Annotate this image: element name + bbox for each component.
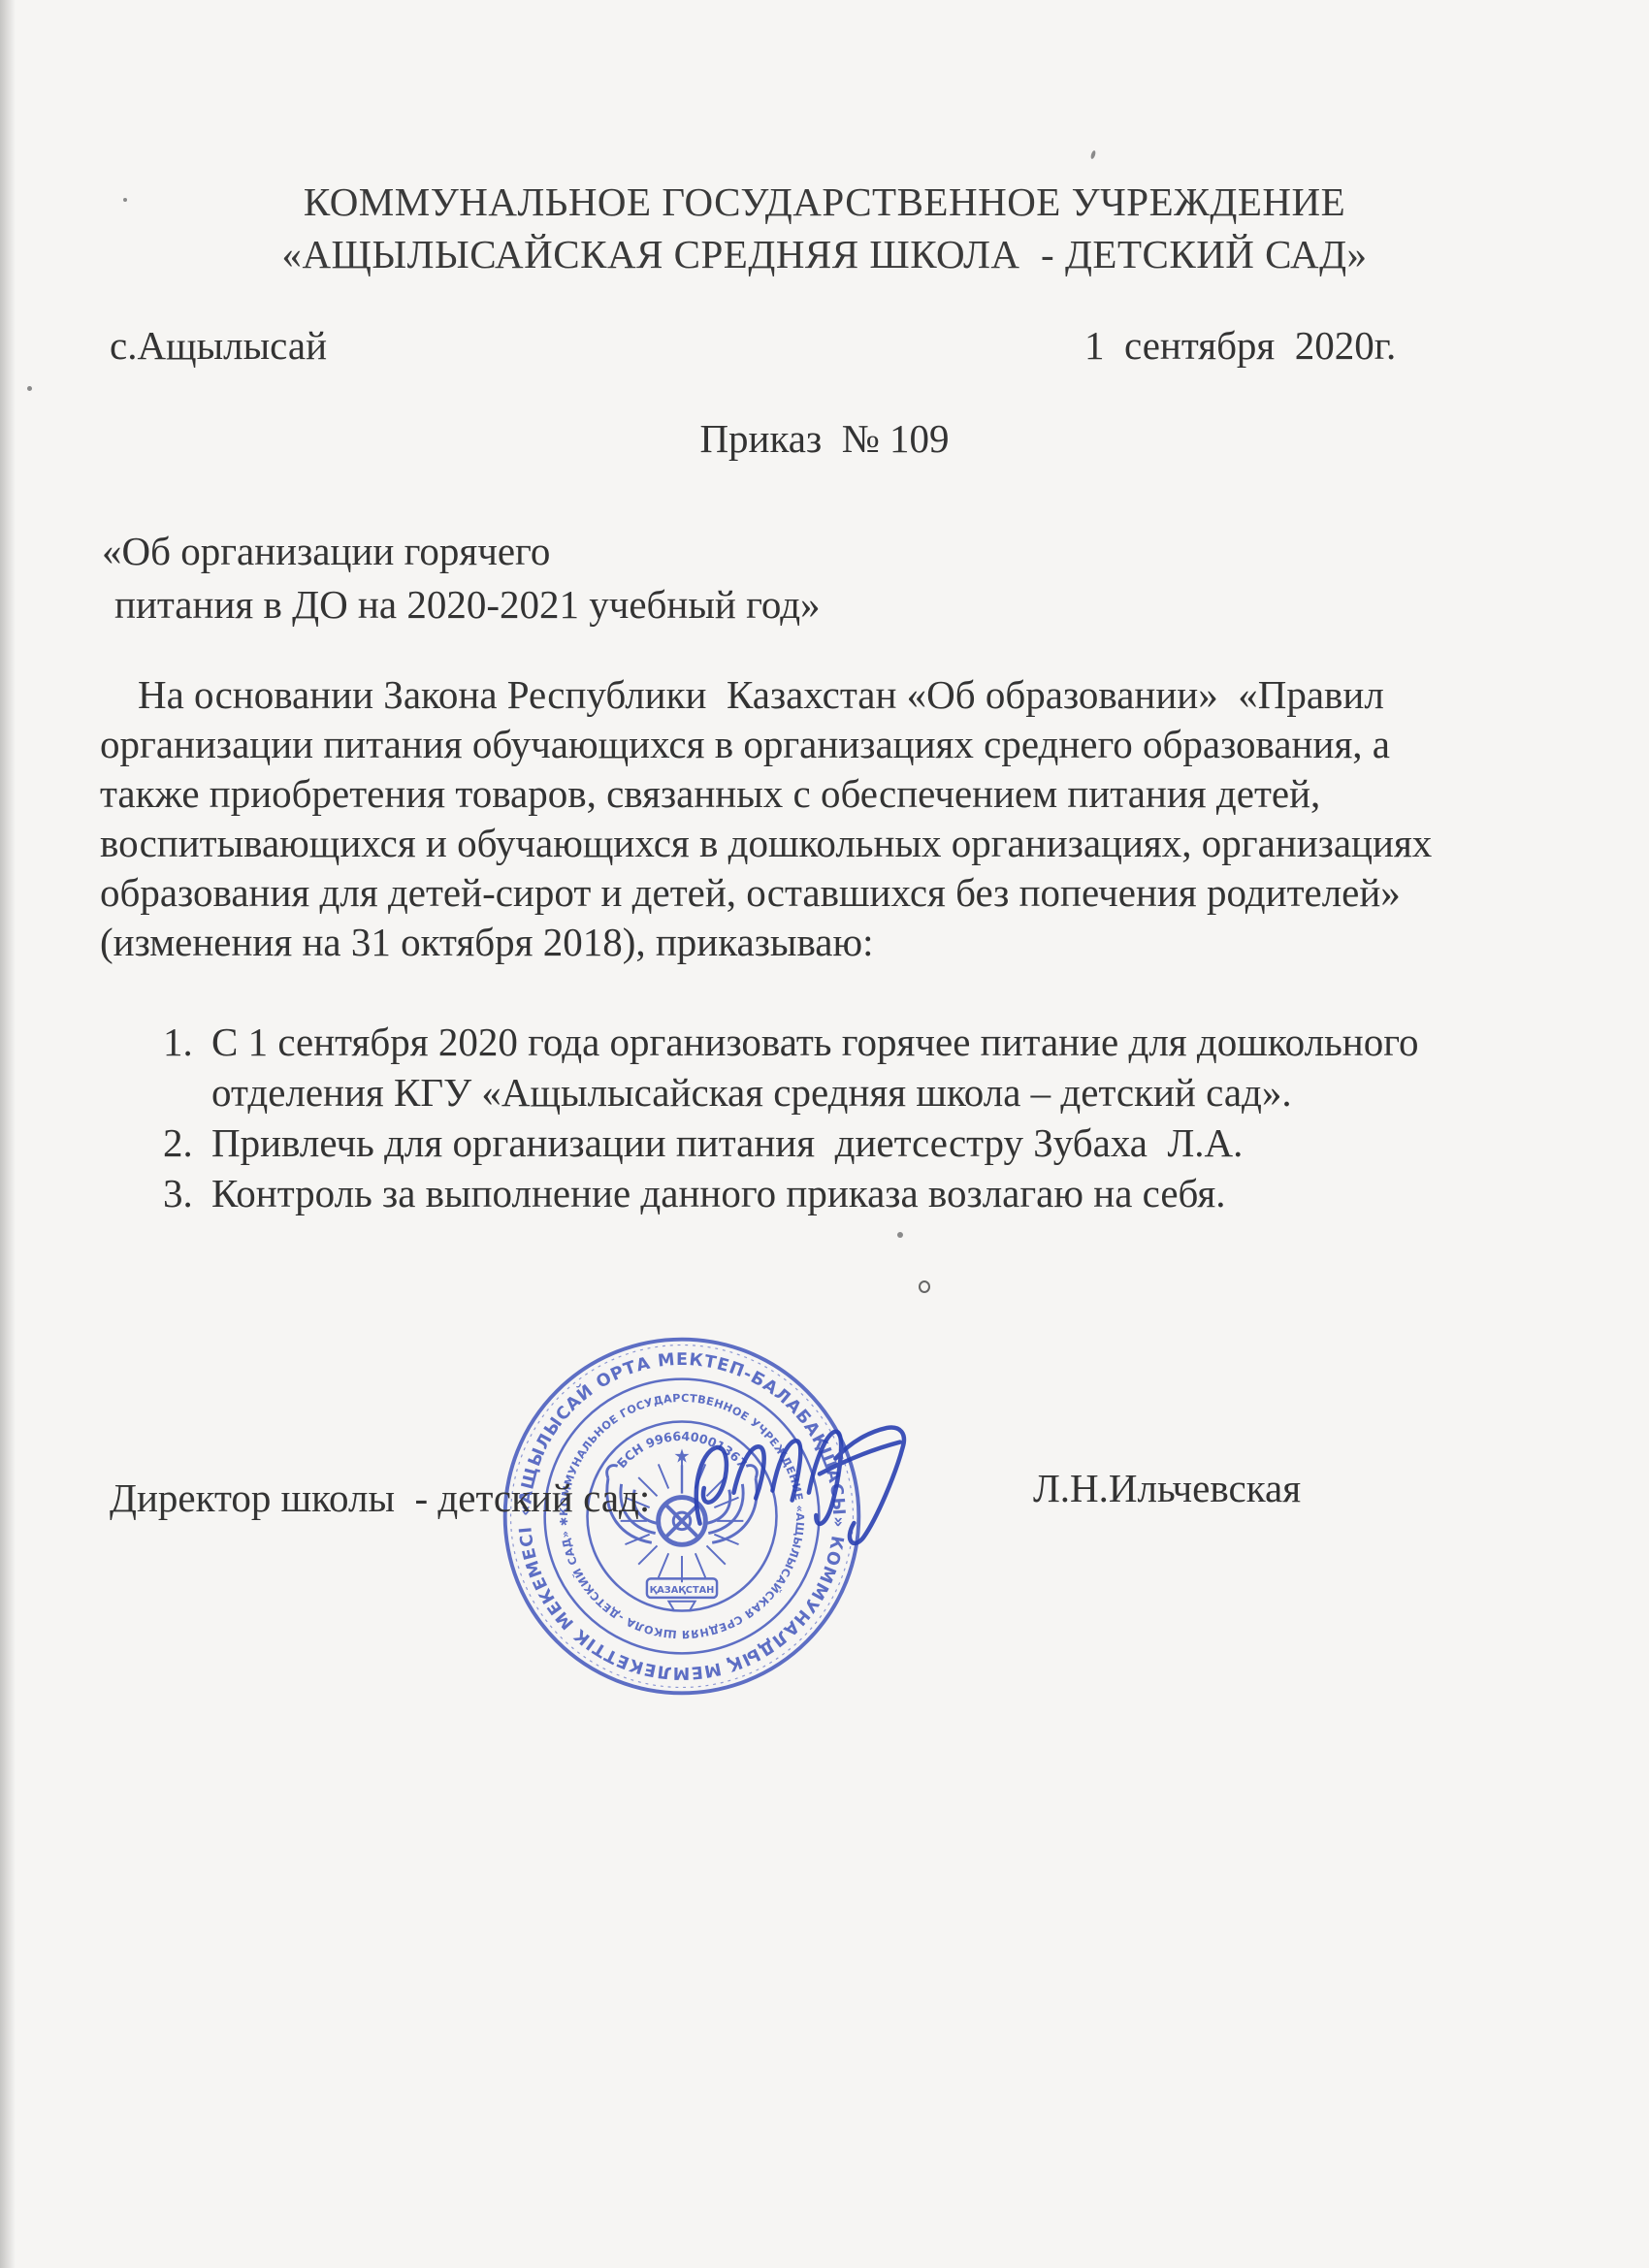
handwritten-signature (669, 1397, 960, 1571)
scan-artifact (897, 1232, 903, 1238)
list-item-line: С 1 сентября 2020 года организовать горя… (211, 1019, 1419, 1065)
scan-artifact (123, 198, 127, 202)
list-item-line: отделения КГУ «Ащылысайская средняя школ… (211, 1069, 1292, 1116)
scan-artifact (919, 1280, 930, 1293)
emblem-banner-text: ҚАЗАҚСТАН (650, 1585, 715, 1596)
list-item-number: 1. (163, 1019, 193, 1065)
list-item-line: Контроль за выполнение данного приказа в… (211, 1170, 1225, 1216)
place-name: с.Ащылысай (110, 322, 327, 369)
order-number-title: Приказ № 109 (87, 415, 1562, 462)
body-paragraph-line: (изменения на 31 октября 2018), приказыв… (100, 919, 874, 965)
list-item-line: Привлечь для организации питания диетсес… (211, 1119, 1243, 1166)
list-item-number: 2. (163, 1119, 193, 1166)
scan-artifact (1090, 150, 1097, 160)
signatory-name: Л.Н.Ильчевская (1033, 1465, 1301, 1511)
subject-line2: питания в ДО на 2020-2021 учебный год» (114, 581, 821, 628)
org-name-line1: КОММУНАЛЬНОЕ ГОСУДАРСТВЕННОЕ УЧРЕЖДЕНИЕ (87, 178, 1562, 225)
document-date: 1 сентября 2020г. (1084, 322, 1396, 369)
list-item-number: 3. (163, 1170, 193, 1216)
body-paragraph-line: организации питания обучающихся в органи… (100, 721, 1390, 767)
scan-artifact (27, 386, 32, 391)
emblem-tail (668, 1602, 695, 1611)
body-paragraph-line: На основании Закона Республики Казахстан… (100, 671, 1384, 718)
body-paragraph-line: также приобретения товаров, связанных с … (100, 770, 1320, 817)
body-paragraph-line: воспитывающихся и обучающихся в дошкольн… (100, 820, 1432, 866)
signature-label: Директор школы - детский сад: (110, 1474, 650, 1521)
org-name-line2: «АЩЫЛЫСАЙСКАЯ СРЕДНЯЯ ШКОЛА - ДЕТСКИЙ СА… (87, 231, 1562, 277)
body-paragraph-line: образования для детей-сирот и детей, ост… (100, 869, 1401, 916)
subject-line1: «Об организации горячего (102, 528, 550, 574)
scanned-document-page: КОММУНАЛЬНОЕ ГОСУДАРСТВЕННОЕ УЧРЕЖДЕНИЕ … (0, 0, 1649, 2268)
